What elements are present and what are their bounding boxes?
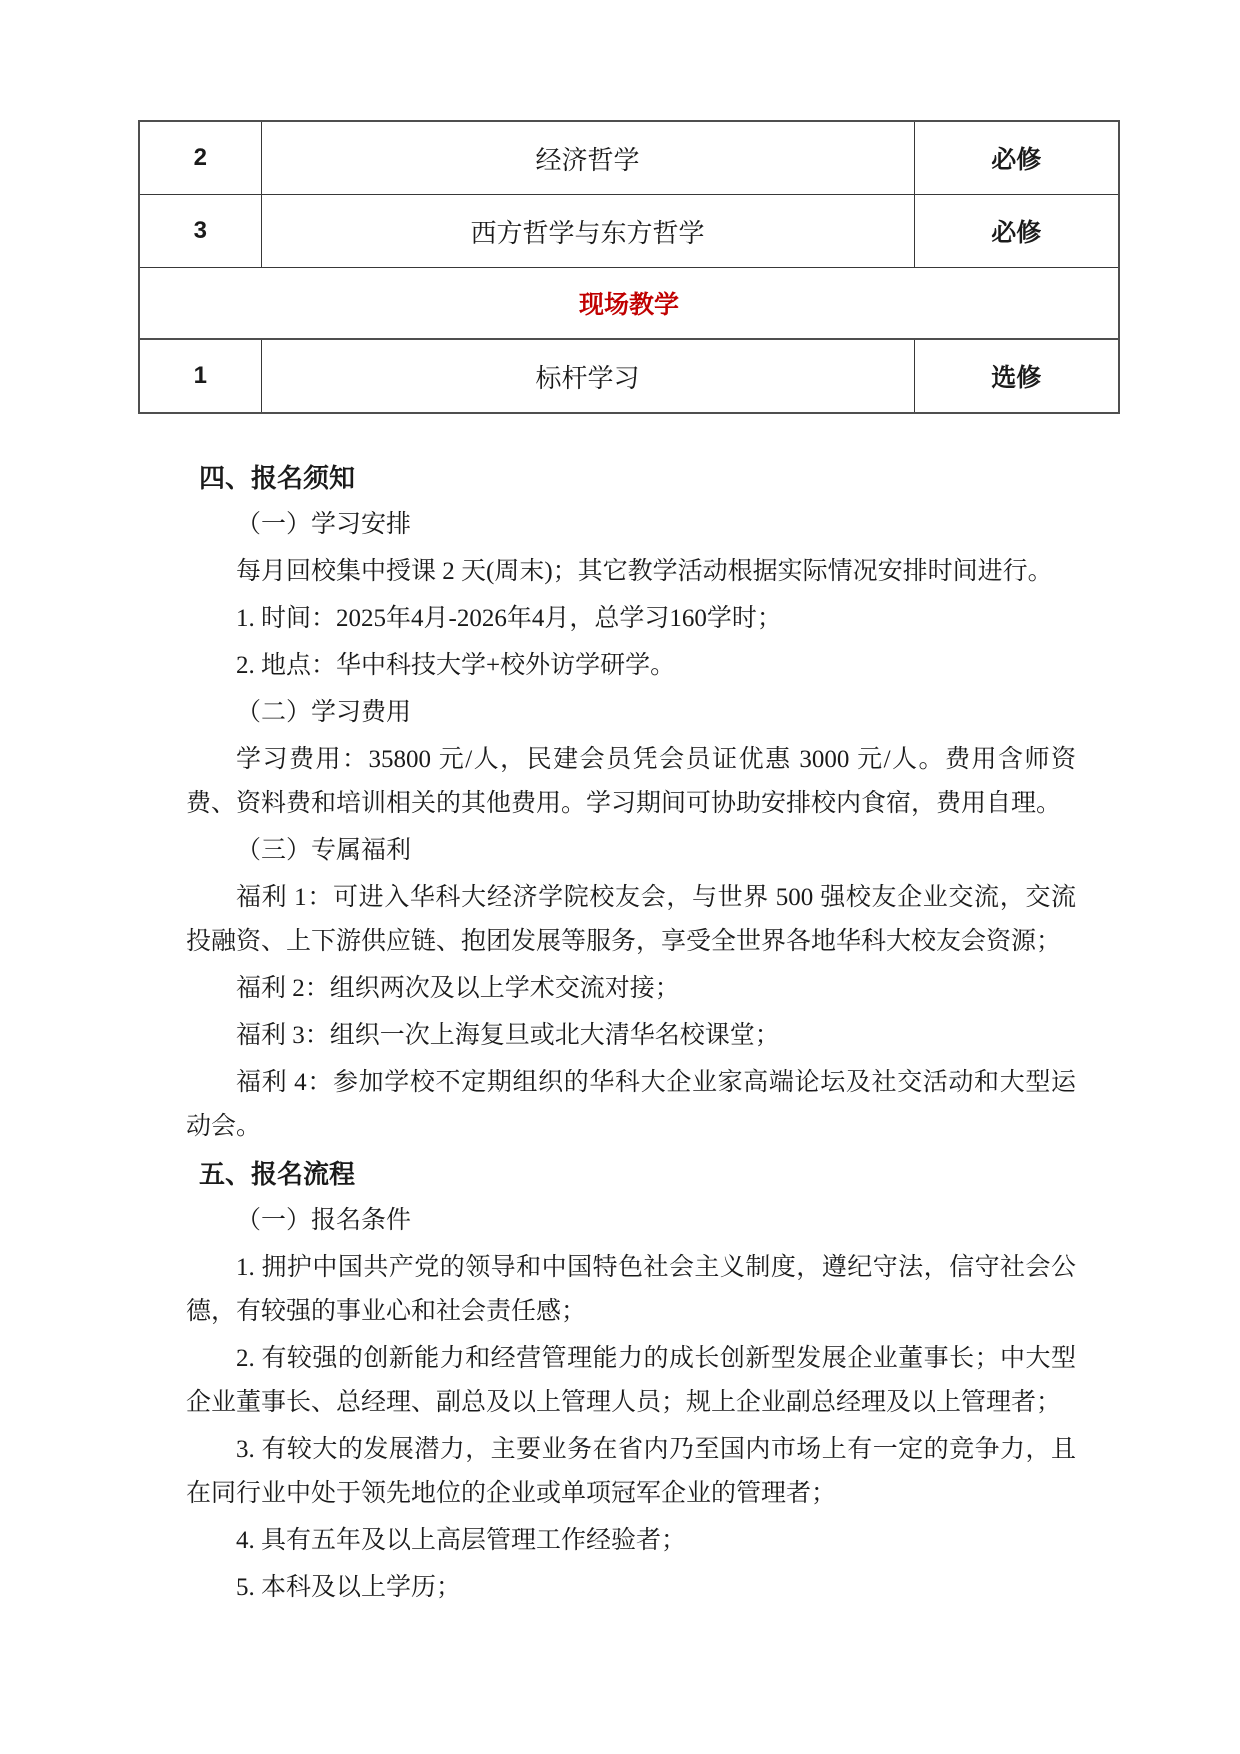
paragraph-benefit-4: 福利 4：参加学校不定期组织的华科大企业家高端论坛及社交活动和大型运动会。 xyxy=(186,1061,1076,1149)
table-row: 1 标杆学习 选修 xyxy=(139,339,1119,413)
paragraph-schedule: 每月回校集中授课 2 天(周末)；其它教学活动根据实际情况安排时间进行。 xyxy=(186,550,1076,594)
paragraph-place: 2. 地点：华中科技大学+校外访学研学。 xyxy=(186,644,1076,688)
subsection-heading-study-fee: （二）学习费用 xyxy=(186,691,1076,735)
course-name-cell: 标杆学习 xyxy=(261,339,914,413)
paragraph-condition-3: 3. 有较大的发展潜力，主要业务在省内乃至国内市场上有一定的竞争力，且在同行业中… xyxy=(186,1428,1076,1516)
subsection-heading-registration-conditions: （一）报名条件 xyxy=(186,1199,1076,1243)
section-heading-registration-process: 五、报名流程 xyxy=(186,1152,1076,1196)
subsection-heading-study-arrangement: （一）学习安排 xyxy=(186,503,1076,547)
table-section-row: 现场教学 xyxy=(139,268,1119,340)
course-type-cell: 选修 xyxy=(914,339,1119,413)
table-row: 3 西方哲学与东方哲学 必修 xyxy=(139,195,1119,268)
row-number-cell: 2 xyxy=(139,121,261,195)
paragraph-benefit-1: 福利 1：可进入华科大经济学院校友会，与世界 500 强校友企业交流，交流投融资… xyxy=(186,876,1076,964)
course-type-cell: 必修 xyxy=(914,195,1119,268)
paragraph-condition-2: 2. 有较强的创新能力和经营管理能力的成长创新型发展企业董事长；中大型企业董事长… xyxy=(186,1337,1076,1425)
course-name-cell: 经济哲学 xyxy=(261,121,914,195)
paragraph-benefit-2: 福利 2：组织两次及以上学术交流对接； xyxy=(186,967,1076,1011)
paragraph-condition-4: 4. 具有五年及以上高层管理工作经验者； xyxy=(186,1519,1076,1563)
subsection-heading-exclusive-benefits: （三）专属福利 xyxy=(186,829,1076,873)
row-number-cell: 1 xyxy=(139,339,261,413)
document-page: 2 经济哲学 必修 3 西方哲学与东方哲学 必修 现场教学 1 标杆学习 选修 … xyxy=(0,0,1240,1754)
section-heading-registration-notes: 四、报名须知 xyxy=(186,456,1076,500)
course-name-cell: 西方哲学与东方哲学 xyxy=(261,195,914,268)
section-header-cell: 现场教学 xyxy=(139,268,1119,340)
row-number-cell: 3 xyxy=(139,195,261,268)
paragraph-condition-5: 5. 本科及以上学历； xyxy=(186,1566,1076,1610)
paragraph-condition-1: 1. 拥护中国共产党的领导和中国特色社会主义制度，遵纪守法，信守社会公德，有较强… xyxy=(186,1246,1076,1334)
course-schedule-table: 2 经济哲学 必修 3 西方哲学与东方哲学 必修 现场教学 1 标杆学习 选修 xyxy=(138,120,1120,414)
paragraph-time: 1. 时间：2025年4月-2026年4月，总学习160学时； xyxy=(186,597,1076,641)
course-type-cell: 必修 xyxy=(914,121,1119,195)
document-body: 四、报名须知 （一）学习安排 每月回校集中授课 2 天(周末)；其它教学活动根据… xyxy=(186,456,1076,1613)
paragraph-benefit-3: 福利 3：组织一次上海复旦或北大清华名校课堂； xyxy=(186,1014,1076,1058)
table-row: 2 经济哲学 必修 xyxy=(139,121,1119,195)
paragraph-fee: 学习费用：35800 元/人，民建会员凭会员证优惠 3000 元/人。费用含师资… xyxy=(186,738,1076,826)
